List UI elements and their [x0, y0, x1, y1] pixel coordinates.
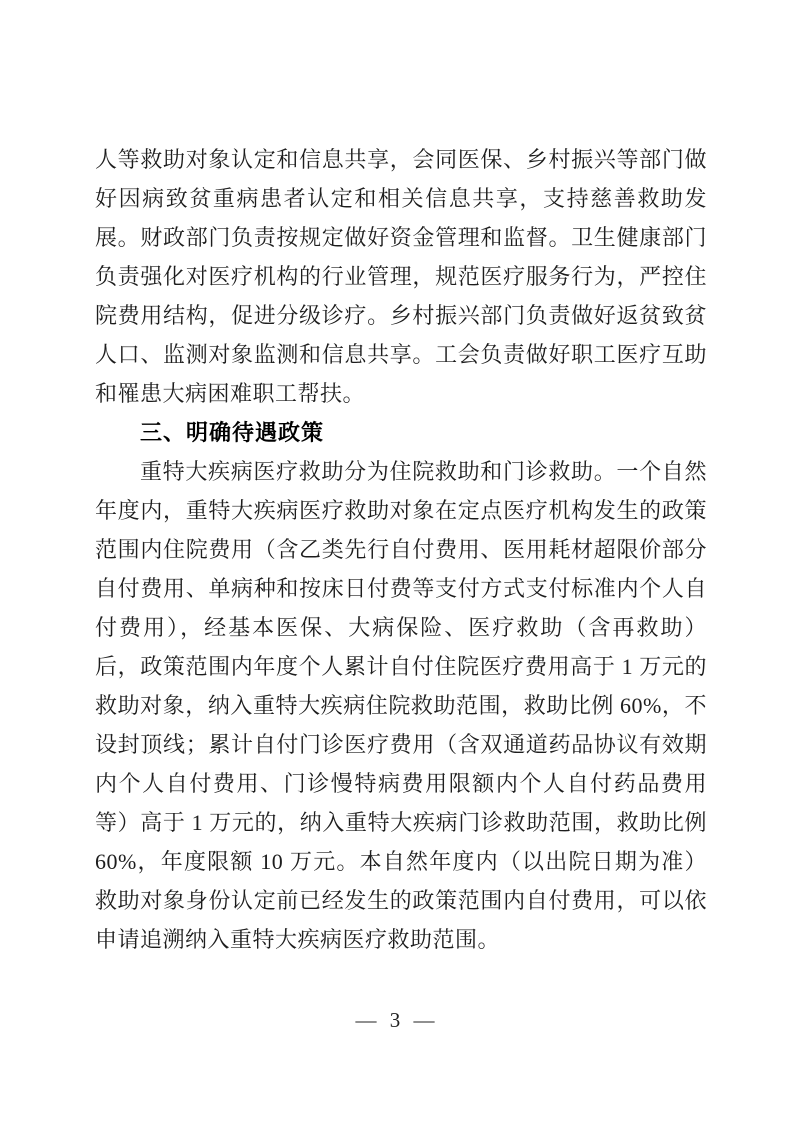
body-paragraph-continued: 人等救助对象认定和信息共享，会同医保、乡村振兴等部门做好因病致贫重病患者认定和相… [95, 140, 707, 413]
policy-paragraph: 重特大疾病医疗救助分为住院救助和门诊救助。一个自然年度内，重特大疾病医疗救助对象… [95, 452, 707, 959]
page-number: — 3 — [0, 1002, 794, 1038]
document-body: 人等救助对象认定和信息共享，会同医保、乡村振兴等部门做好因病致贫重病患者认定和相… [95, 140, 707, 959]
section-heading: 三、明确待遇政策 [95, 413, 707, 452]
document-page: 人等救助对象认定和信息共享，会同医保、乡村振兴等部门做好因病致贫重病患者认定和相… [0, 0, 794, 1122]
